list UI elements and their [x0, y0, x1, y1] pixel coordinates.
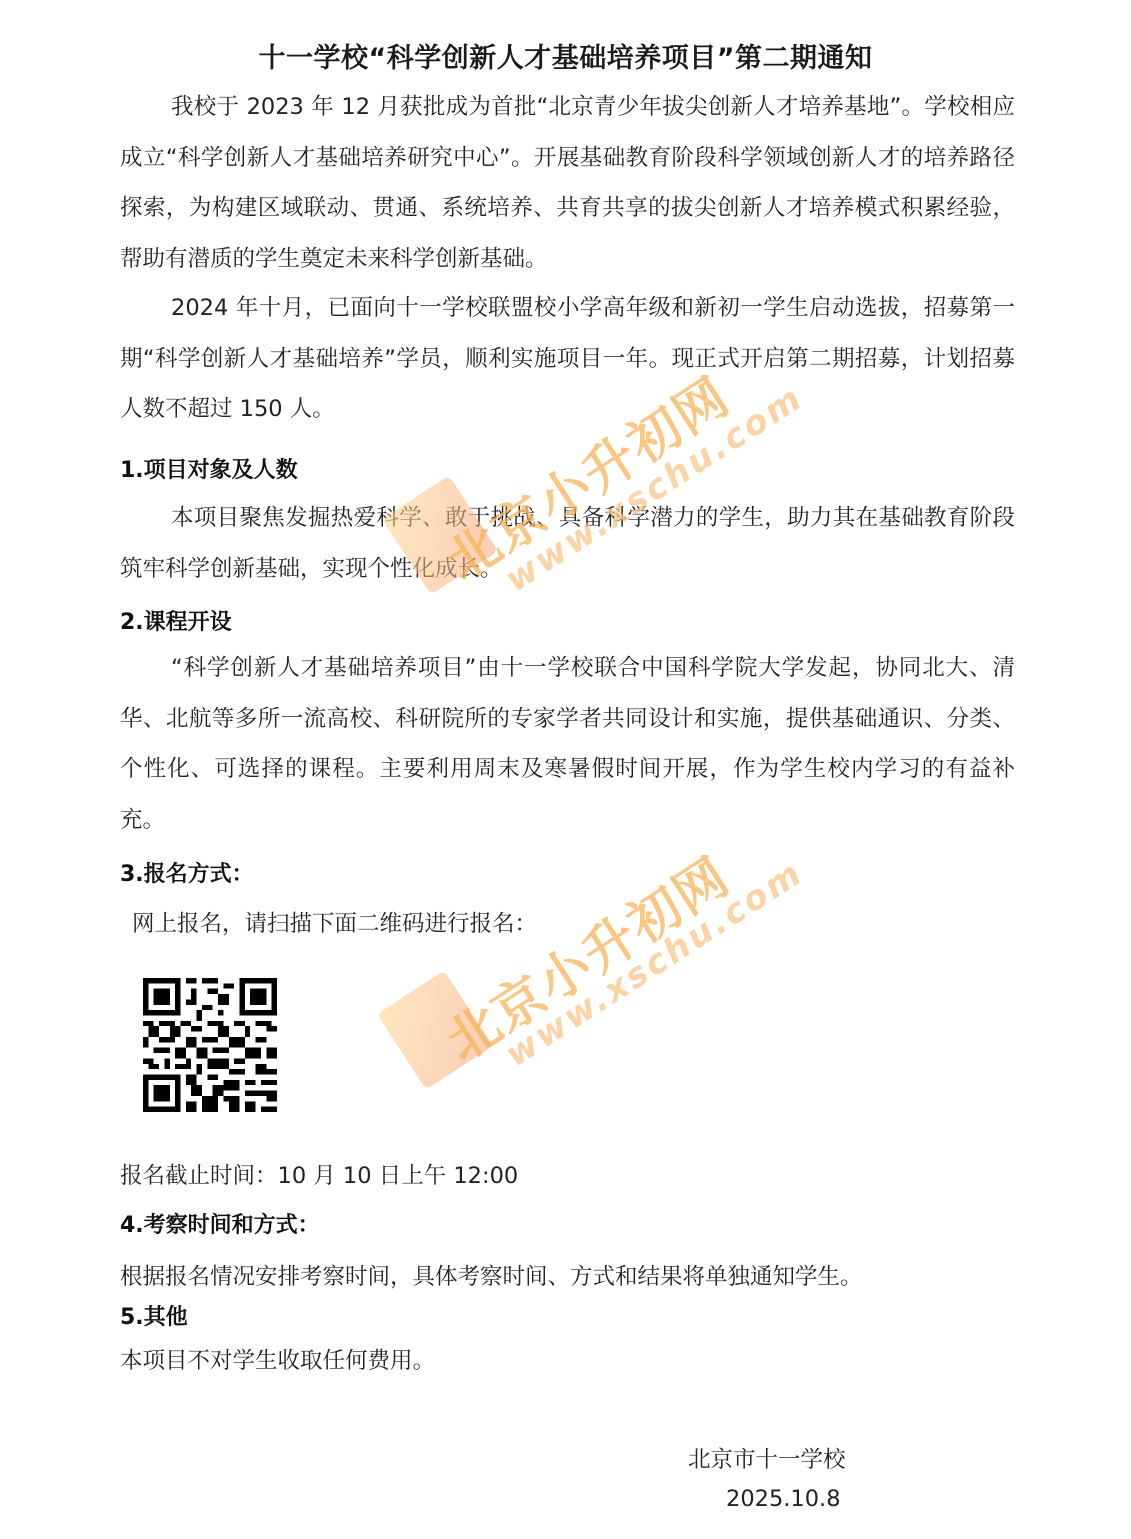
- section-2-heading: 2.课程开设: [120, 605, 232, 636]
- registration-deadline: 报名截止时间：10 月 10 日上午 12:00: [120, 1158, 518, 1190]
- section-4-body: 根据报名情况安排考察时间，具体考察时间、方式和结果将单独通知学生。: [120, 1259, 863, 1291]
- signature-date: 2025.10.8: [726, 1486, 841, 1512]
- section-3-heading: 3.报名方式：: [120, 857, 254, 888]
- section-1-heading: 1.项目对象及人数: [120, 453, 298, 484]
- registration-qr-code[interactable]: [143, 978, 277, 1112]
- watermark-text: 北京小升初网: [429, 836, 742, 1075]
- signature-organization: 北京市十一学校: [688, 1442, 846, 1474]
- section-3-body: 网上报名，请扫描下面二维码进行报名：: [132, 906, 537, 938]
- section-4-heading: 4.考察时间和方式：: [120, 1208, 320, 1239]
- watermark-url: www.xschu.com: [498, 853, 810, 1075]
- watermark-logo-icon: [377, 970, 493, 1089]
- document-title: 十一学校“科学创新人才基础培养项目”第二期通知: [0, 36, 1131, 75]
- intro-paragraph-1: 我校于 2023 年 12 月获批成为首批“北京青少年拔尖创新人才培养基地”。学…: [120, 82, 1015, 284]
- section-5-body: 本项目不对学生收取任何费用。: [120, 1343, 435, 1375]
- section-2-body: “科学创新人才基础培养项目”由十一学校联合中国科学院大学发起，协同北大、清华、北…: [120, 643, 1015, 845]
- section-1-body: 本项目聚焦发掘热爱科学、敢于挑战、具备科学潜力的学生，助力其在基础教育阶段筑牢科…: [120, 493, 1015, 594]
- intro-paragraph-2: 2024 年十月，已面向十一学校联盟校小学高年级和新初一学生启动选拔，招募第一期…: [120, 283, 1015, 435]
- section-5-heading: 5.其他: [120, 1300, 188, 1331]
